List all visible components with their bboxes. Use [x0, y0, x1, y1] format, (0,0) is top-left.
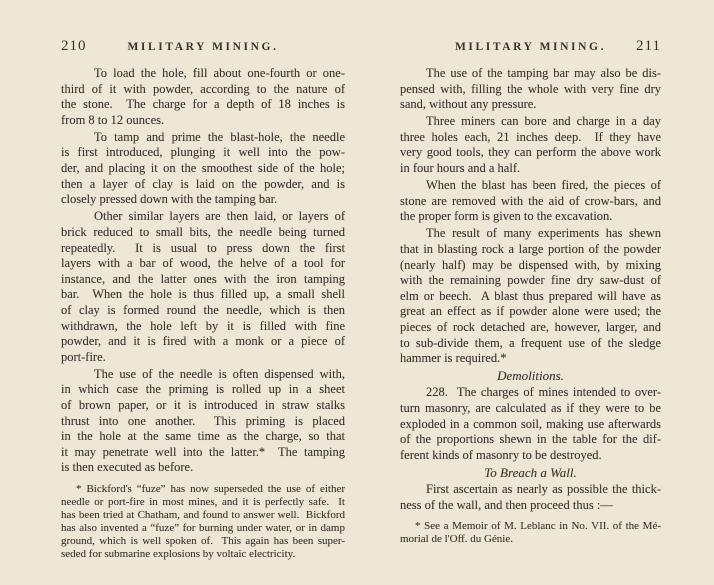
text-line: stone are removed with the aid of crow-b… [400, 194, 661, 210]
text-line-content: (nearly half) may be dispensed with, by … [400, 258, 661, 274]
text-line-content: in the hole at the same time as the char… [61, 429, 345, 445]
text-line-content: needle or port-fire in most mines, and i… [61, 496, 345, 509]
text-line: powder, and it is fired with a monk or a… [61, 334, 345, 350]
text-line-content: The use of the tamping bar may also be d… [426, 66, 661, 82]
section-heading: To Breach a Wall. [400, 465, 661, 481]
text-line: the stone. The charge for a depth of 18 … [61, 97, 345, 113]
running-title: MILITARY MINING. [61, 41, 345, 53]
text-line-content: of brown paper, or it is introduced in s… [61, 398, 345, 414]
text-line: The use of the needle is often dispensed… [61, 367, 345, 383]
text-line-content: from 8 to 12 ounces. [61, 113, 164, 129]
text-line: (nearly half) may be dispensed with, by … [400, 258, 661, 274]
text-line-content: very good tools, they can perform the ab… [400, 145, 661, 161]
page-header: 210 MILITARY MINING. [61, 38, 345, 54]
book-page-right: MILITARY MINING. 211 The use of the tamp… [400, 38, 661, 546]
text-line: bar. When the hole is thus filled up, a … [61, 287, 345, 303]
text-line: the proper form is given to the excavati… [400, 209, 661, 225]
text-line-content: it may penetrate well into the latter.* … [61, 445, 345, 461]
text-line: needle or port-fire in most mines, and i… [61, 496, 345, 509]
text-line-content: with the remaining powder fine dry saw-d… [400, 273, 661, 289]
text-line-content: 228. The charges of mines intended to ov… [426, 385, 661, 401]
text-line: The result of many experiments has shewn [400, 226, 661, 242]
text-line: pieces of rock detached are, however, la… [400, 320, 661, 336]
text-line-content: * See a Memoir of M. Leblanc in No. VII.… [415, 520, 661, 533]
paragraph: The use of the tamping bar may also be d… [400, 66, 661, 113]
text-line: exploded in a common soil, making use af… [400, 417, 661, 433]
text-line-content: Demolitions. [497, 368, 564, 384]
text-line: ness of the wall, and then proceed thus … [400, 498, 661, 514]
paragraph: When the blast has been fired, the piece… [400, 178, 661, 225]
page-body: The use of the tamping bar may also be d… [400, 66, 661, 546]
text-line: ferent kinds of masonry to be destroyed. [400, 448, 661, 464]
text-line: has also invented a “fuze” for burning u… [61, 522, 345, 535]
text-line-content: When the blast has been fired, the piece… [426, 178, 661, 194]
text-line: morial de l'Off. du Génie. [400, 533, 661, 546]
text-line: brick reduced to small bits, the needle … [61, 225, 345, 241]
text-line: * See a Memoir of M. Leblanc in No. VII.… [400, 520, 661, 533]
text-line-content: Other similar layers are then laid, or l… [94, 209, 345, 225]
text-line: To Breach a Wall. [400, 465, 661, 481]
paragraph: To tamp and prime the blast-hole, the ne… [61, 130, 345, 208]
text-line: der, and placing it on the smoothest sid… [61, 161, 345, 177]
text-line-content: pensed with, filling the whole with very… [400, 82, 661, 98]
text-line-content: bar. When the hole is thus filled up, a … [61, 287, 345, 303]
text-line: sand, without any pressure. [400, 97, 661, 113]
text-line: then a layer of clay is laid on the powd… [61, 177, 345, 193]
text-line-content: that in blasting rock a large portion of… [400, 242, 661, 258]
text-line-content: To Breach a Wall. [484, 465, 576, 481]
text-line: great an effect as if powder alone were … [400, 304, 661, 320]
text-line: withdrawn, the hole left by it is filled… [61, 319, 345, 335]
text-line: from 8 to 12 ounces. [61, 113, 345, 129]
text-line-content: instance, and the latter ones with the i… [61, 272, 345, 288]
paragraph: The result of many experiments has shewn… [400, 226, 661, 366]
text-line-content: exploded in a common soil, making use af… [400, 417, 661, 433]
paragraph: 228. The charges of mines intended to ov… [400, 385, 661, 463]
text-line: has been tried at Chatham, and found to … [61, 509, 345, 522]
text-line: closely pressed down with the tamping ba… [61, 192, 345, 208]
paragraph: To load the hole, fill about one-fourth … [61, 66, 345, 128]
text-line: of clay is formed round the needle, whic… [61, 303, 345, 319]
text-line: in four hours and a half. [400, 161, 661, 177]
footnote: * Bickford's “fuze” has now superseded t… [61, 483, 345, 561]
text-line-content: closely pressed down with the tamping ba… [61, 192, 277, 208]
text-line-content: the proper form is given to the excavati… [400, 209, 612, 225]
text-line-content: ground, which is well spoken of. This ag… [61, 535, 345, 548]
text-line-content: ferent kinds of masonry to be destroyed. [400, 448, 602, 464]
text-line-content: brick reduced to small bits, the needle … [61, 225, 345, 241]
text-line-content: First ascertain as nearly as possible th… [426, 482, 661, 498]
book-scan-spread: 210 MILITARY MINING. To load the hole, f… [0, 0, 714, 585]
text-line: To tamp and prime the blast-hole, the ne… [61, 130, 345, 146]
text-line-content: of the proportions shewn in the table fo… [400, 432, 661, 448]
text-line-content: To load the hole, fill about one-fourth … [94, 66, 345, 82]
text-line-content: repeatedly. It is usual to press down th… [61, 241, 345, 257]
text-line-content: der, and placing it on the smoothest sid… [61, 161, 345, 177]
section-heading: Demolitions. [400, 368, 661, 384]
text-line: pensed with, filling the whole with very… [400, 82, 661, 98]
text-line: elm or beech. A blast thus prepared will… [400, 289, 661, 305]
text-line: repeatedly. It is usual to press down th… [61, 241, 345, 257]
paragraph: Other similar layers are then laid, or l… [61, 209, 345, 365]
page-header: MILITARY MINING. 211 [400, 38, 661, 54]
text-line: seded for submarine explosions by voltai… [61, 548, 345, 561]
page-body: To load the hole, fill about one-fourth … [61, 66, 345, 561]
text-line-content: three holes each, 21 inches deep. If the… [400, 130, 661, 146]
text-line-content: has been tried at Chatham, and found to … [61, 509, 345, 522]
text-line-content: powder, and it is fired with a monk or a… [61, 334, 345, 350]
text-line: in which case the priming is rolled up i… [61, 382, 345, 398]
text-line-content: withdrawn, the hole left by it is filled… [61, 319, 345, 335]
text-line-content: in which case the priming is rolled up i… [61, 382, 345, 398]
text-line: port-fire. [61, 350, 345, 366]
text-line-content: then a layer of clay is laid on the powd… [61, 177, 345, 193]
text-line: To load the hole, fill about one-fourth … [61, 66, 345, 82]
text-line: thrust into one another. This priming is… [61, 414, 345, 430]
text-line-content: turn masonry, are calculated as if they … [400, 401, 661, 417]
paragraph: Three miners can bore and charge in a da… [400, 114, 661, 176]
text-line-content: great an effect as if powder alone were … [400, 304, 661, 320]
text-line-content: to sub-divide them, a frequent use of th… [400, 336, 661, 352]
text-line-content: in four hours and a half. [400, 161, 520, 177]
text-line-content: The use of the needle is often dispensed… [94, 367, 345, 383]
text-line-content: elm or beech. A blast thus prepared will… [400, 289, 661, 305]
text-line: in the hole at the same time as the char… [61, 429, 345, 445]
text-line: it may penetrate well into the latter.* … [61, 445, 345, 461]
text-line: Demolitions. [400, 368, 661, 384]
text-line: Other similar layers are then laid, or l… [61, 209, 345, 225]
text-line: The use of the tamping bar may also be d… [400, 66, 661, 82]
text-line: ground, which is well spoken of. This ag… [61, 535, 345, 548]
text-line-content: The result of many experiments has shewn [426, 226, 661, 242]
text-line: 228. The charges of mines intended to ov… [400, 385, 661, 401]
text-line: of the proportions shewn in the table fo… [400, 432, 661, 448]
text-line-content: thrust into one another. This priming is… [61, 414, 345, 430]
text-line-content: * Bickford's “fuze” has now superseded t… [76, 483, 345, 496]
text-line: When the blast has been fired, the piece… [400, 178, 661, 194]
text-line-content: of clay is formed round the needle, whic… [61, 303, 345, 319]
running-title: MILITARY MINING. [400, 41, 661, 53]
text-line: turn masonry, are calculated as if they … [400, 401, 661, 417]
text-line: layers with a bar of wood, the helve of … [61, 256, 345, 272]
text-line: First ascertain as nearly as possible th… [400, 482, 661, 498]
text-line-content: To tamp and prime the blast-hole, the ne… [94, 130, 345, 146]
text-line: third of it with powder, according to th… [61, 82, 345, 98]
text-line-content: port-fire. [61, 350, 106, 366]
text-line: hammer is required.* [400, 351, 661, 367]
footnote: * See a Memoir of M. Leblanc in No. VII.… [400, 520, 661, 546]
text-line-content: sand, without any pressure. [400, 97, 536, 113]
text-line-content: is first introduced, plunging it well in… [61, 145, 345, 161]
text-line-content: morial de l'Off. du Génie. [400, 533, 513, 546]
text-line-content: seded for submarine explosions by voltai… [61, 548, 295, 561]
text-line-content: the stone. The charge for a depth of 18 … [61, 97, 345, 113]
text-line: is first introduced, plunging it well in… [61, 145, 345, 161]
text-line: of brown paper, or it is introduced in s… [61, 398, 345, 414]
book-page-left: 210 MILITARY MINING. To load the hole, f… [61, 38, 345, 561]
text-line-content: stone are removed with the aid of crow-b… [400, 194, 661, 210]
text-line-content: Three miners can bore and charge in a da… [426, 114, 661, 130]
text-line: that in blasting rock a large portion of… [400, 242, 661, 258]
text-line-content: is then executed as before. [61, 460, 193, 476]
text-line: * Bickford's “fuze” has now superseded t… [61, 483, 345, 496]
page-number: 211 [636, 38, 661, 55]
text-line: to sub-divide them, a frequent use of th… [400, 336, 661, 352]
paragraph: The use of the needle is often dispensed… [61, 367, 345, 476]
text-line: with the remaining powder fine dry saw-d… [400, 273, 661, 289]
text-line-content: third of it with powder, according to th… [61, 82, 345, 98]
paragraph: First ascertain as nearly as possible th… [400, 482, 661, 513]
text-line-content: ness of the wall, and then proceed thus … [400, 498, 613, 514]
text-line: is then executed as before. [61, 460, 345, 476]
text-line: Three miners can bore and charge in a da… [400, 114, 661, 130]
text-line: very good tools, they can perform the ab… [400, 145, 661, 161]
text-line: instance, and the latter ones with the i… [61, 272, 345, 288]
text-line-content: hammer is required.* [400, 351, 507, 367]
text-line-content: has also invented a “fuze” for burning u… [61, 522, 345, 535]
text-line-content: layers with a bar of wood, the helve of … [61, 256, 345, 272]
text-line-content: pieces of rock detached are, however, la… [400, 320, 661, 336]
text-line: three holes each, 21 inches deep. If the… [400, 130, 661, 146]
